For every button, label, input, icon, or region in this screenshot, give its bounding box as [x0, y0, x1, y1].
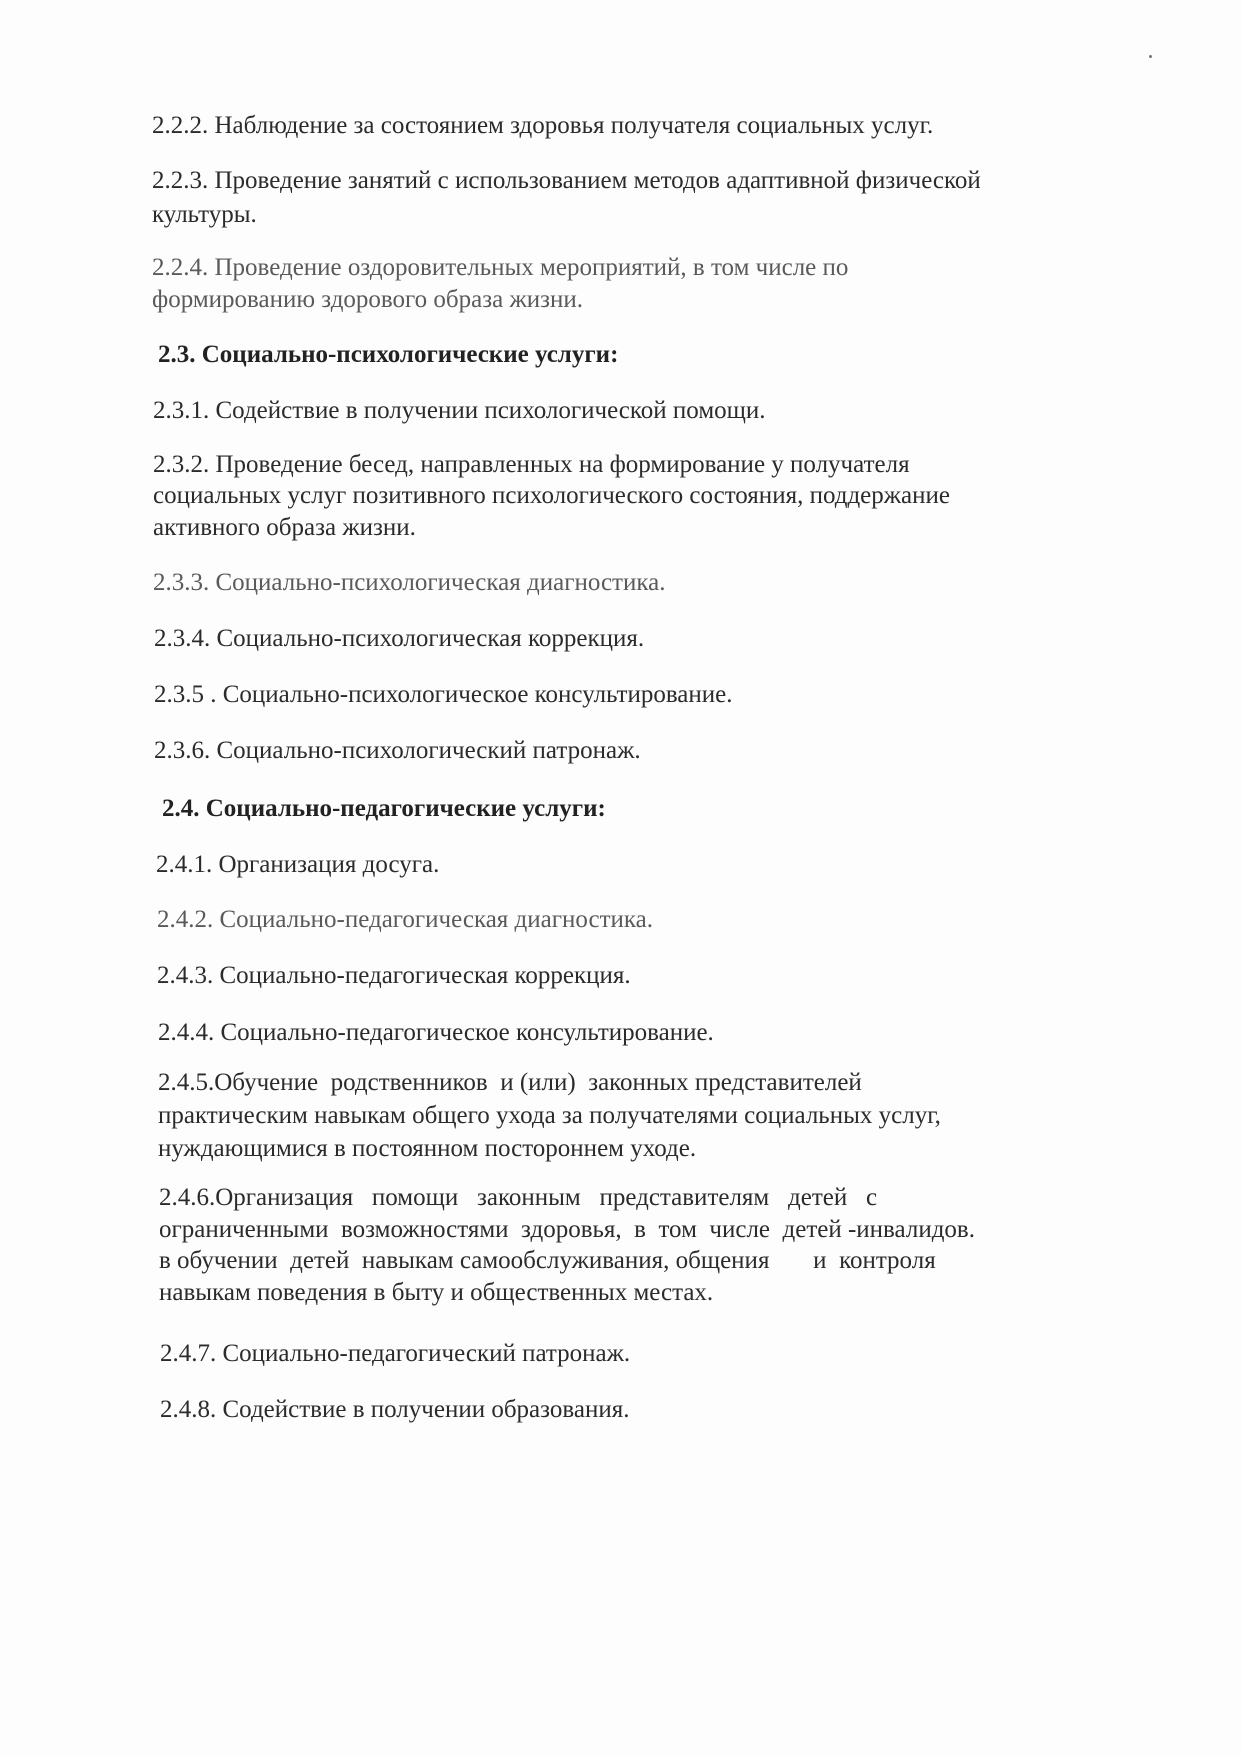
item-text-line: 2.2.3. Проведение занятий с использовани…: [152, 166, 981, 196]
item-text-line: практическим навыкам общего ухода за пол…: [158, 1101, 941, 1131]
item-text-line: 2.2.4. Проведение оздоровительных меропр…: [152, 253, 848, 283]
section-heading-2-3: 2.3. Социально-психологические услуги:: [158, 340, 618, 370]
item-text-line: активного образа жизни.: [153, 513, 416, 543]
item-text-line: 2.3.1. Содействие в получении психологич…: [153, 396, 766, 426]
item-text-line: 2.3.2. Проведение бесед, направленных на…: [153, 450, 910, 480]
item-text-line: социальных услуг позитивного психологиче…: [153, 481, 950, 511]
item-text-line: навыкам поведения в быту и общественных …: [159, 1278, 713, 1308]
item-text-line: 2.3.5 . Социально-психологическое консул…: [154, 680, 733, 710]
document-page: 2.2.2. Наблюдение за состоянием здоровья…: [0, 0, 1242, 1755]
item-text-line: 2.3.3. Социально-психологическая диагнос…: [153, 568, 665, 598]
item-text-line: 2.4.7. Социально-педагогический патронаж…: [160, 1339, 630, 1369]
item-text-line: 2.3.4. Социально-психологическая коррекц…: [154, 624, 644, 654]
item-text-line: 2.4.6.Организация помощи законным предст…: [159, 1183, 877, 1213]
item-text-line: 2.4.2. Социально-педагогическая диагност…: [157, 905, 653, 935]
item-text-line: 2.4.3. Социально-педагогическая коррекци…: [157, 961, 631, 991]
item-text-line: 2.2.2. Наблюдение за состоянием здоровья…: [152, 111, 933, 141]
section-heading-2-4: 2.4. Социально-педагогические услуги:: [162, 794, 606, 824]
item-text-line: нуждающимися в постоянном постороннем ух…: [158, 1134, 696, 1164]
item-text-line: 2.4.8. Содействие в получении образовани…: [160, 1395, 629, 1425]
item-text-line: культуры.: [152, 200, 257, 230]
item-text-line: 2.4.5.Обучение родственников и (или) зак…: [158, 1068, 862, 1098]
item-text-line: 2.3.6. Социально-психологический патрона…: [154, 736, 641, 766]
item-text-line: 2.4.1. Организация досуга.: [156, 850, 439, 880]
item-text-line: ограниченными возможностями здоровья, в …: [159, 1215, 975, 1245]
item-text-line: 2.4.4. Социально-педагогическое консульт…: [158, 1018, 714, 1048]
scan-artifact-dot: [1149, 55, 1152, 58]
item-text-line: в обучении детей навыкам самообслуживани…: [159, 1246, 936, 1276]
item-text-line: формированию здорового образа жизни.: [152, 285, 583, 315]
